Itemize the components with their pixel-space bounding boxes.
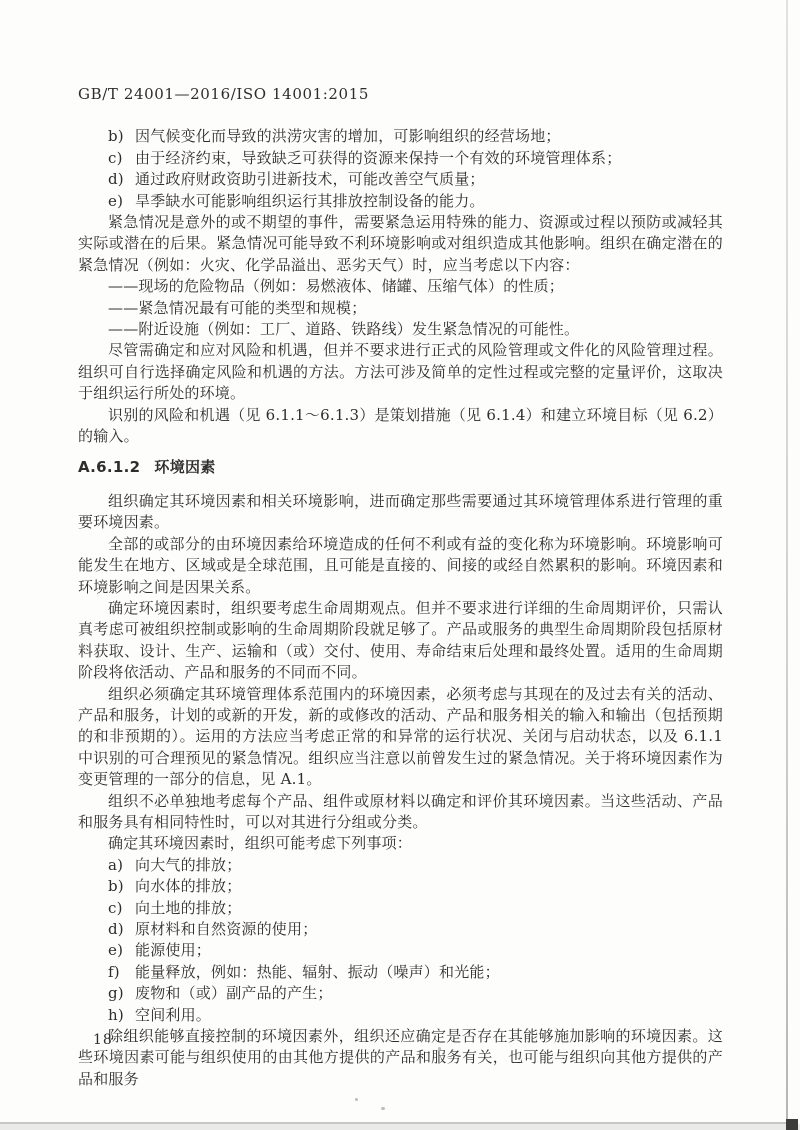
section-heading: A.6.1.2环境因素 <box>78 457 723 478</box>
paragraph-risk: 尽管需确定和应对风险和机遇，但并不要求进行正式的风险管理或文件化的风险管理过程。… <box>78 340 723 404</box>
list-item-text: 通过政府财政资助引进新技术，可能改善空气质量； <box>135 169 723 190</box>
list-item-label: e) <box>108 191 135 212</box>
list-item: e) 能源使用； <box>78 940 723 961</box>
list-item-text: 因气候变化而导致的洪涝灾害的增加，可影响组织的经营场地； <box>135 126 723 147</box>
list-item: h) 空间利用。 <box>78 1005 723 1026</box>
list-item-text: 向水体的排放； <box>135 876 723 897</box>
list-item-label: d) <box>108 169 135 190</box>
list-item: d) 通过政府财政资助引进新技术，可能改善空气质量； <box>78 169 723 190</box>
list-item-label: d) <box>108 919 135 940</box>
list-item-label: a) <box>108 855 135 876</box>
scan-bottom-strip <box>0 1124 800 1130</box>
scan-corner-mark <box>786 1119 798 1130</box>
paragraph-closing: 除组织能够直接控制的环境因素外，组织还应确定是否存在其能够施加影响的环境因素。这… <box>78 1026 723 1090</box>
dash-item: ——现场的危险物品（例如：易燃液体、储罐、压缩气体）的性质； <box>78 276 723 297</box>
list-item-text: 旱季缺水可能影响组织运行其排放控制设备的能力。 <box>135 191 723 212</box>
paragraph-aspects-intro: 确定其环境因素时，组织可能考虑下列事项： <box>78 833 723 854</box>
list-item-text: 能量释放，例如：热能、辐射、振动（噪声）和光能； <box>135 962 723 983</box>
dash-item: ——紧急情况最有可能的类型和规模； <box>78 298 723 319</box>
list-item-label: b) <box>108 126 135 147</box>
paragraph-env: 全部的或部分的由环境因素给环境造成的任何不利或有益的变化称为环境影响。环境影响可… <box>78 534 723 598</box>
list-item-text: 原材料和自然资源的使用； <box>135 919 723 940</box>
scan-speck <box>381 1107 385 1110</box>
list-item-text: 向大气的排放； <box>135 855 723 876</box>
section-number: A.6.1.2 <box>78 458 140 476</box>
list-item-label: g) <box>108 983 135 1004</box>
dash-item: ——附近设施（例如：工厂、道路、铁路线）发生紧急情况的可能性。 <box>78 319 723 340</box>
scanned-document-page: GB/T 24001—2016/ISO 14001:2015 b) 因气候变化而… <box>0 0 800 1130</box>
scan-bottom-edge-shadow <box>0 1122 798 1124</box>
list-item: g) 废物和（或）副产品的产生； <box>78 983 723 1004</box>
list-item: b) 向水体的排放； <box>78 876 723 897</box>
list-item: a) 向大气的排放； <box>78 855 723 876</box>
list-item-text: 废物和（或）副产品的产生； <box>135 983 723 1004</box>
list-item-text: 空间利用。 <box>135 1005 723 1026</box>
paragraph-env: 组织必须确定其环境管理体系范围内的环境因素，必须考虑与其现在的及过去有关的活动、… <box>78 684 723 791</box>
list-item-text: 向土地的排放； <box>135 898 723 919</box>
standard-code-header: GB/T 24001—2016/ISO 14001:2015 <box>78 84 723 105</box>
section-title: 环境因素 <box>154 458 215 476</box>
list-item: f) 能量释放，例如：热能、辐射、振动（噪声）和光能； <box>78 962 723 983</box>
list-item: c) 由于经济约束，导致缺乏可获得的资源来保持一个有效的环境管理体系； <box>78 148 723 169</box>
scan-right-edge-shadow <box>786 0 788 1130</box>
paragraph-env: 确定环境因素时，组织要考虑生命周期观点。但并不要求进行详细的生命周期评价，只需认… <box>78 598 723 684</box>
scan-speck <box>438 1047 441 1051</box>
list-item-label: c) <box>108 148 135 169</box>
list-item: c) 向土地的排放； <box>78 898 723 919</box>
list-item: e) 旱季缺水可能影响组织运行其排放控制设备的能力。 <box>78 191 723 212</box>
list-item-label: c) <box>108 898 135 919</box>
list-item-label: h) <box>108 1005 135 1026</box>
paragraph-env: 组织确定其环境因素和相关环境影响，进而确定那些需要通过其环境管理体系进行管理的重… <box>78 491 723 534</box>
list-item: b) 因气候变化而导致的洪涝灾害的增加，可影响组织的经营场地； <box>78 126 723 147</box>
paragraph-emergency: 紧急情况是意外的或不期望的事件，需要紧急运用特殊的能力、资源或过程以预防或减轻其… <box>78 212 723 276</box>
paragraph-env: 组织不必单独地考虑每个产品、组件或原材料以确定和评价其环境因素。当这些活动、产品… <box>78 791 723 834</box>
list-item-label: f) <box>108 962 135 983</box>
scan-speck <box>355 1098 358 1101</box>
list-item-text: 由于经济约束，导致缺乏可获得的资源来保持一个有效的环境管理体系； <box>135 148 723 169</box>
list-item-text: 能源使用； <box>135 940 723 961</box>
list-item-label: e) <box>108 940 135 961</box>
list-item: d) 原材料和自然资源的使用； <box>78 919 723 940</box>
list-item-label: b) <box>108 876 135 897</box>
page-number: 18 <box>93 1032 113 1048</box>
page-content: GB/T 24001—2016/ISO 14001:2015 b) 因气候变化而… <box>78 84 723 1090</box>
paragraph-identified: 识别的风险和机遇（见 6.1.1～6.1.3）是策划措施（见 6.1.4）和建立… <box>78 405 723 448</box>
